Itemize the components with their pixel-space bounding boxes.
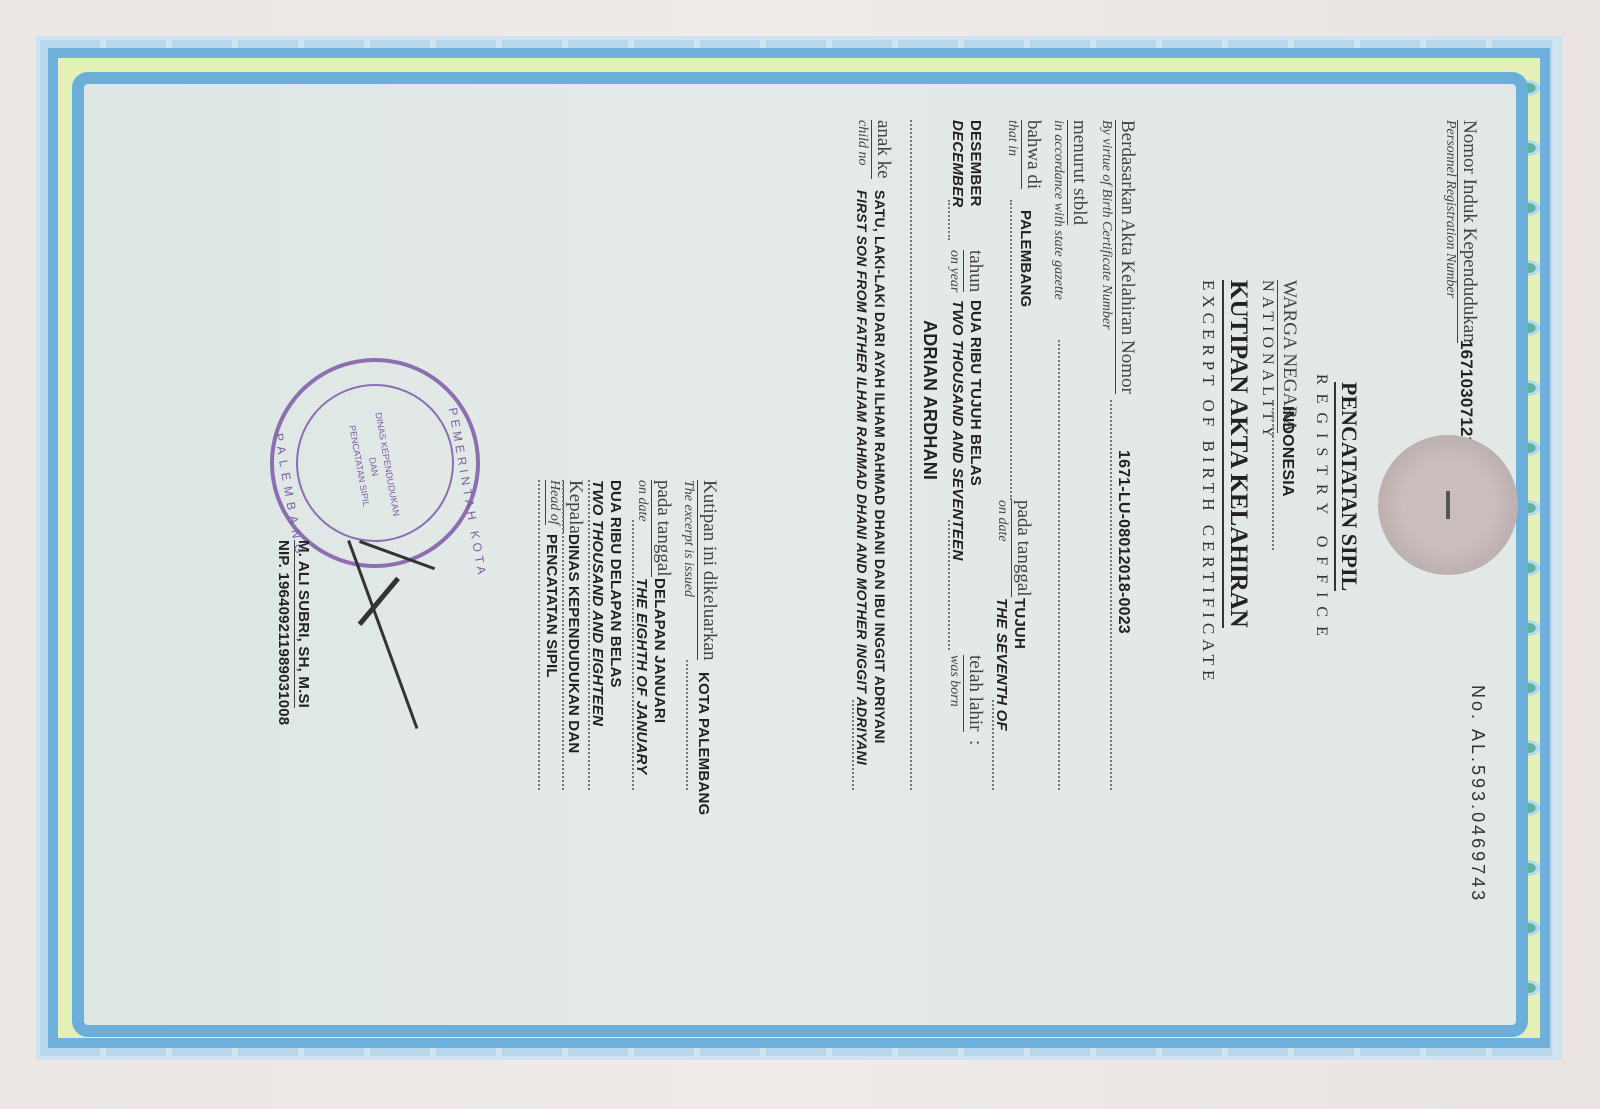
born-label: telah lahir [963, 655, 986, 732]
serial-number: No. AL.593.0469743 [1467, 685, 1488, 903]
stbld-sublabel: in accordance with state gazette [1050, 120, 1066, 300]
birth-year-value-en: TWO THOUSAND AND SEVENTEEN [949, 300, 966, 561]
year-sublabel: on year [946, 250, 962, 292]
office-title: PENCATATAN SIPIL [1334, 382, 1362, 591]
head-value-2: PENCATATAN SIPIL [543, 534, 560, 678]
birth-month-value-en: DECEMBER [949, 120, 966, 207]
issued-sublabel: The excerpt is issued [680, 480, 696, 597]
issue-date-dotted-line [632, 520, 634, 790]
nik-label: Nomor Induk Kependudukan [1457, 120, 1480, 343]
document-title: KUTIPAN AKTA KELAHIRAN [1222, 280, 1252, 628]
official-name: M. ALI SUBRI, SH, M.SI [294, 540, 312, 708]
birth-date-sublabel: on date [994, 500, 1010, 542]
document-subtitle: EXCERPT OF BIRTH CERTIFICATE [1198, 280, 1218, 685]
child-no-dotted-line [852, 700, 854, 790]
born-colon: : [964, 740, 986, 745]
stbld-dotted-line [1058, 340, 1060, 790]
birth-month-value: DESEMBER [967, 120, 984, 207]
place-dotted-line [1010, 200, 1012, 500]
month-dotted-line [948, 200, 950, 240]
born-sublabel: was born [946, 655, 962, 707]
garuda-emblem-icon [1378, 435, 1518, 575]
child-no-value: SATU, LAKI-LAKI DARI AYAH ILHAM RAHMAD D… [872, 190, 888, 744]
year-dotted-line [948, 520, 950, 650]
stbld-label: menurut stbld [1067, 120, 1090, 225]
issue-date-label: pada tanggal [651, 480, 674, 577]
head-value-1: DINAS KEPENDUDUKAN DAN [565, 534, 582, 753]
birth-year-value: DUA RIBU TUJUH BELAS [967, 300, 984, 486]
cert-number-value: 1671-LU-08012018-0023 [1114, 450, 1132, 634]
cert-number-dotted-line [1110, 400, 1112, 790]
nationality-value: INDONESIA [1278, 406, 1296, 497]
issue-year-value-en: TWO THOUSAND AND EIGHTEEN [589, 480, 606, 726]
stamp-outer-text: PEMERINTAH KOTA [446, 406, 490, 579]
issued-label: Kutipan ini dikeluarkan [697, 480, 720, 660]
child-name-dotted-line [910, 120, 912, 790]
head-dotted-line-1 [562, 480, 564, 790]
place-value: PALEMBANG [1017, 210, 1034, 307]
birth-date-dotted-line [992, 700, 994, 790]
child-no-label: anak ke [871, 120, 894, 179]
nik-sublabel: Personnel Registration Number [1442, 120, 1458, 298]
place-sublabel: that in [1004, 120, 1020, 156]
office-subtitle: REGISTRY OFFICE [1312, 374, 1330, 645]
nationality-dotted-line [1272, 400, 1274, 550]
signature-stroke-2 [347, 540, 418, 729]
issue-year-value: DUA RIBU DELAPAN BELAS [607, 480, 624, 688]
issued-dotted-line [686, 660, 688, 790]
place-label: bahwa di [1021, 120, 1044, 189]
certificate-content: Nomor Induk Kependudukan Personnel Regis… [120, 100, 1480, 1040]
birth-date-label: pada tanggal [1011, 500, 1034, 597]
official-nip: NIP. 196409211989031008 [275, 540, 292, 725]
head-sublabel: Head of [545, 480, 562, 525]
head-dotted-line-2 [538, 480, 540, 790]
birth-date-value: TUJUH [1011, 598, 1028, 649]
cert-number-sublabel: By virtue of Birth Certificate Number [1098, 120, 1114, 330]
year-label: tahun [963, 250, 986, 292]
issue-date-sublabel: on date [634, 480, 650, 522]
child-no-value-en: FIRST SON FROM FATHER ILHAM RAHMAD DHANI… [854, 190, 870, 765]
cert-number-label: Berdasarkan Akta Kelahiran Nomor [1115, 120, 1138, 394]
birth-date-value-en: THE SEVENTH OF [993, 598, 1010, 731]
issue-date-value-en: THE EIGHTH OF JANUARY [633, 578, 650, 774]
issue-date-value: DELAPAN JANUARI [651, 578, 668, 723]
child-no-sublabel: child no [854, 120, 870, 166]
child-name: ADRIAN ARDHANI [919, 320, 940, 480]
issued-place-value: KOTA PALEMBANG [695, 672, 712, 815]
head-label: Kepala [563, 480, 586, 534]
issue-year-dotted-line [588, 480, 590, 790]
